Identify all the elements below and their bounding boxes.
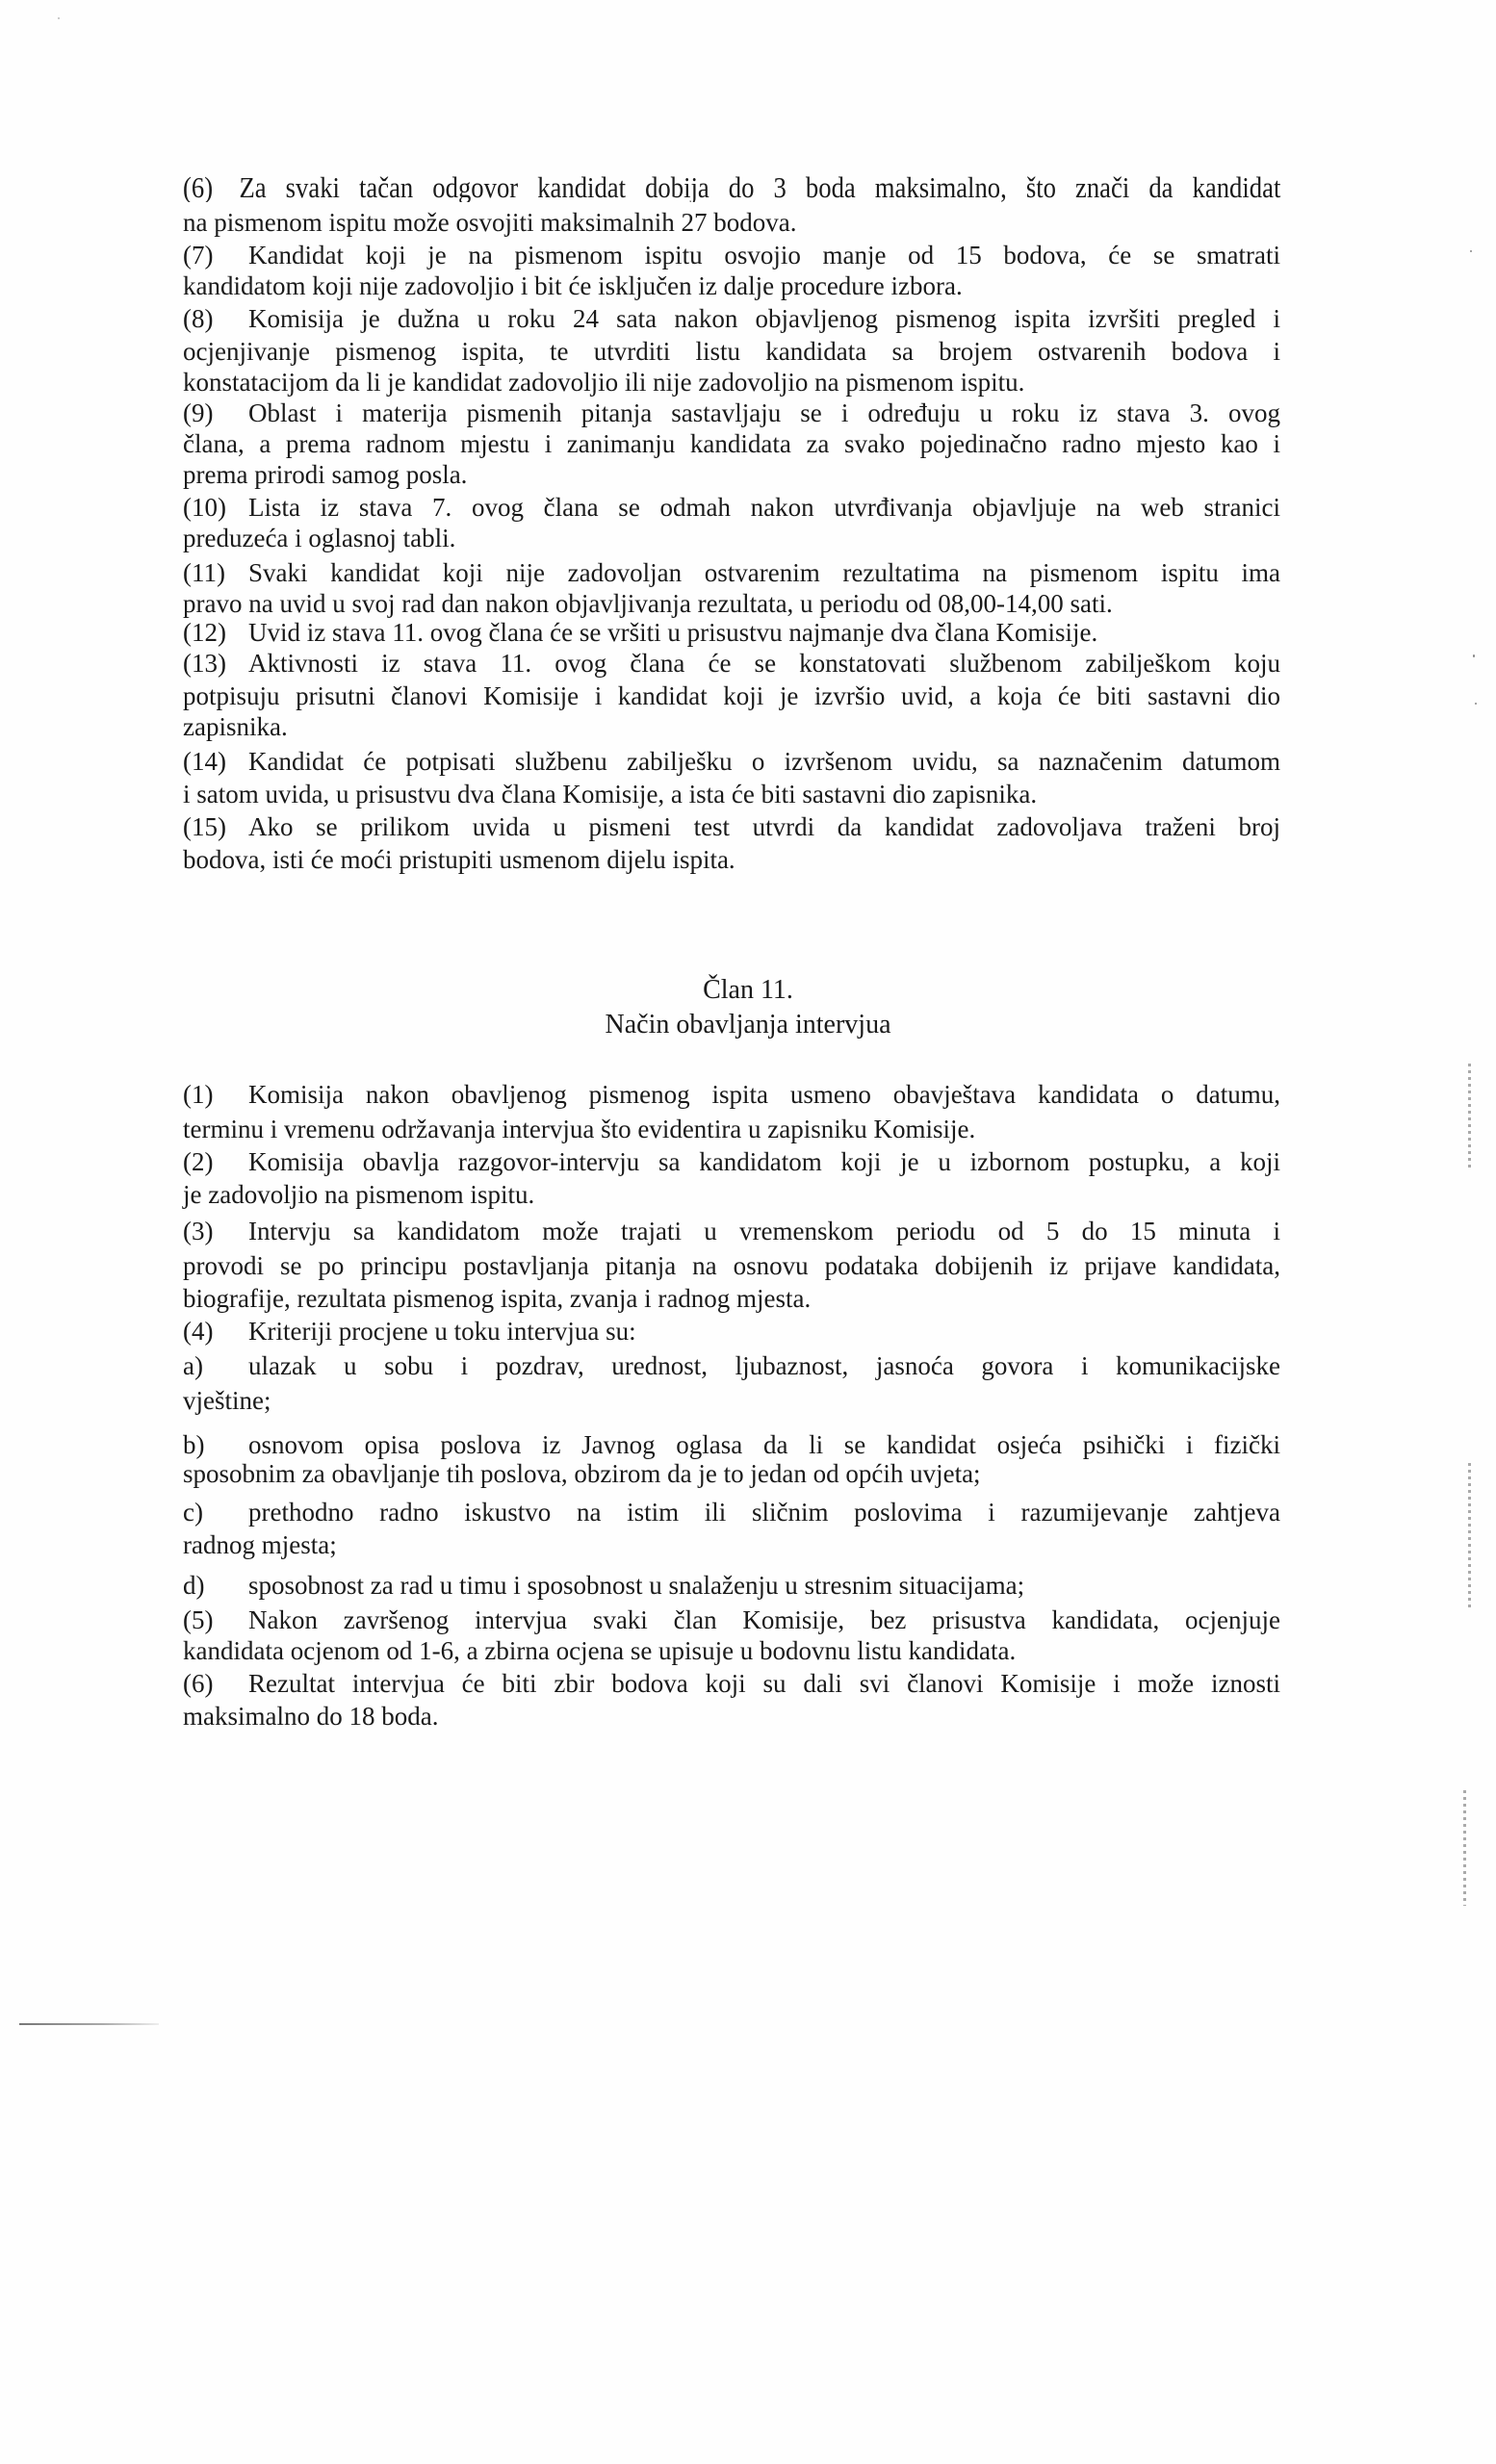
paragraph-text: Uvid iz stava 11. ovog člana će se vršit… [248, 618, 1097, 647]
paragraph-text: prema prirodi samog posla. [183, 460, 1280, 489]
paragraph-text: Za svaki tačan odgovor kandidat dobija d… [239, 173, 1280, 202]
paragraph-number: (7) [183, 241, 248, 269]
paragraph-text: Kriteriji procjene u toku intervjua su: [248, 1317, 636, 1346]
list-marker: b) [183, 1430, 248, 1459]
paragraph-text: preduzeća i oglasnoj tabli. [183, 524, 1280, 552]
paragraph-number: (3) [183, 1217, 248, 1245]
scan-speck [1473, 654, 1475, 657]
paragraph-text: konstatacijom da li je kandidat zadovolj… [183, 368, 1280, 397]
criterion-text: prethodno radno iskustvo na istim ili sl… [248, 1498, 1280, 1527]
list-marker: c) [183, 1498, 248, 1527]
paragraph-text: biografije, rezultata pismenog ispita, z… [183, 1284, 1280, 1313]
paragraph-number: (10) [183, 493, 248, 522]
article-number: Član 11. [0, 976, 1496, 1005]
paragraph-text: kandidatom koji nije zadovoljio i bit će… [183, 271, 1280, 300]
paragraph-text: kandidata ocjenom od 1-6, a zbirna ocjen… [183, 1636, 1280, 1665]
paragraph-number: (5) [183, 1605, 248, 1634]
criterion-text: sposobnim za obavljanje tih poslova, obz… [183, 1459, 1280, 1488]
paragraph-text: Komisija je dužna u roku 24 sata nakon o… [248, 304, 1280, 333]
paragraph-text: potpisuju prisutni članovi Komisije i ka… [183, 681, 1280, 710]
paragraph-text: zapisnika. [183, 712, 1280, 741]
paragraph-text: na pismenom ispitu može osvojiti maksima… [183, 208, 1280, 237]
criterion-text: radnog mjesta; [183, 1530, 1280, 1559]
paragraph-text: Komisija nakon obavljenog pismenog ispit… [248, 1080, 1280, 1109]
paragraph-text: bodova, isti će moći pristupiti usmenom … [183, 845, 1280, 874]
criterion-text: ulazak u sobu i pozdrav, urednost, ljuba… [248, 1351, 1280, 1380]
paragraph-text: Lista iz stava 7. ovog člana se odmah na… [248, 493, 1280, 522]
paragraph-number: (4) [183, 1317, 248, 1346]
paragraph-text: Ako se prilikom uvida u pismeni test utv… [248, 812, 1280, 841]
paragraph-text: i satom uvida, u prisustvu dva člana Kom… [183, 780, 1280, 808]
criterion-text: sposobnost za rad u timu i sposobnost u … [248, 1571, 1024, 1600]
paragraph-text: Nakon završenog intervjua svaki član Kom… [248, 1605, 1280, 1634]
paragraph-text: pravo na uvid u svoj rad dan nakon objav… [183, 589, 1280, 618]
criterion-text: vještine; [183, 1386, 1280, 1415]
scan-edge-line [19, 2023, 159, 2025]
paragraph-text: terminu i vremenu održavanja intervjua š… [183, 1115, 1280, 1143]
paragraph-number: (9) [183, 398, 248, 427]
criterion-text: osnovom opisa poslova iz Javnog oglasa d… [248, 1430, 1280, 1459]
paragraph-text: Komisija obavlja razgovor-intervju sa ka… [248, 1147, 1280, 1176]
paragraph-text: Kandidat će potpisati službenu zabilješk… [248, 747, 1280, 776]
scan-speck [1470, 250, 1472, 252]
paragraph-text: člana, a prema radnom mjestu i zanimanju… [183, 429, 1280, 458]
scan-margin-mark [1468, 1064, 1471, 1169]
paragraph-number: (13) [183, 649, 248, 678]
paragraph-text: maksimalno do 18 boda. [183, 1702, 1280, 1731]
paragraph-text: provodi se po principu postavljanja pita… [183, 1251, 1280, 1280]
paragraph-text: Intervju sa kandidatom može trajati u vr… [248, 1217, 1280, 1245]
paragraph-number: (1) [183, 1080, 248, 1109]
scan-margin-mark [1463, 1790, 1466, 1906]
paragraph-number: (14) [183, 747, 248, 776]
paragraph-number: (6) [183, 1669, 248, 1698]
scan-speck [58, 17, 60, 19]
scanned-document-page: (6)Za svaki tačan odgovor kandidat dobij… [0, 0, 1496, 2464]
paragraph-number: (15) [183, 812, 248, 841]
paragraph-text: Oblast i materija pismenih pitanja sasta… [248, 398, 1280, 427]
paragraph-number: (12) [183, 618, 248, 647]
paragraph-text: Aktivnosti iz stava 11. ovog člana će se… [248, 649, 1280, 678]
list-marker: a) [183, 1351, 248, 1380]
paragraph-text: je zadovoljio na pismenom ispitu. [183, 1180, 1280, 1209]
article-title: Način obavljanja intervjua [0, 1011, 1496, 1039]
paragraph-number: (8) [183, 304, 248, 333]
paragraph-number: (2) [183, 1147, 248, 1176]
paragraph-number: (11) [183, 558, 248, 587]
scan-margin-mark [1468, 1463, 1471, 1607]
paragraph-number: (6) [183, 173, 239, 202]
list-marker: d) [183, 1571, 248, 1600]
scan-speck [1475, 703, 1477, 705]
paragraph-text: ocjenjivanje pismenog ispita, te utvrdit… [183, 337, 1280, 366]
paragraph-text: Kandidat koji je na pismenom ispitu osvo… [248, 241, 1280, 269]
paragraph-text: Svaki kandidat koji nije zadovoljan ostv… [248, 558, 1280, 587]
paragraph-text: Rezultat intervjua će biti zbir bodova k… [248, 1669, 1280, 1698]
